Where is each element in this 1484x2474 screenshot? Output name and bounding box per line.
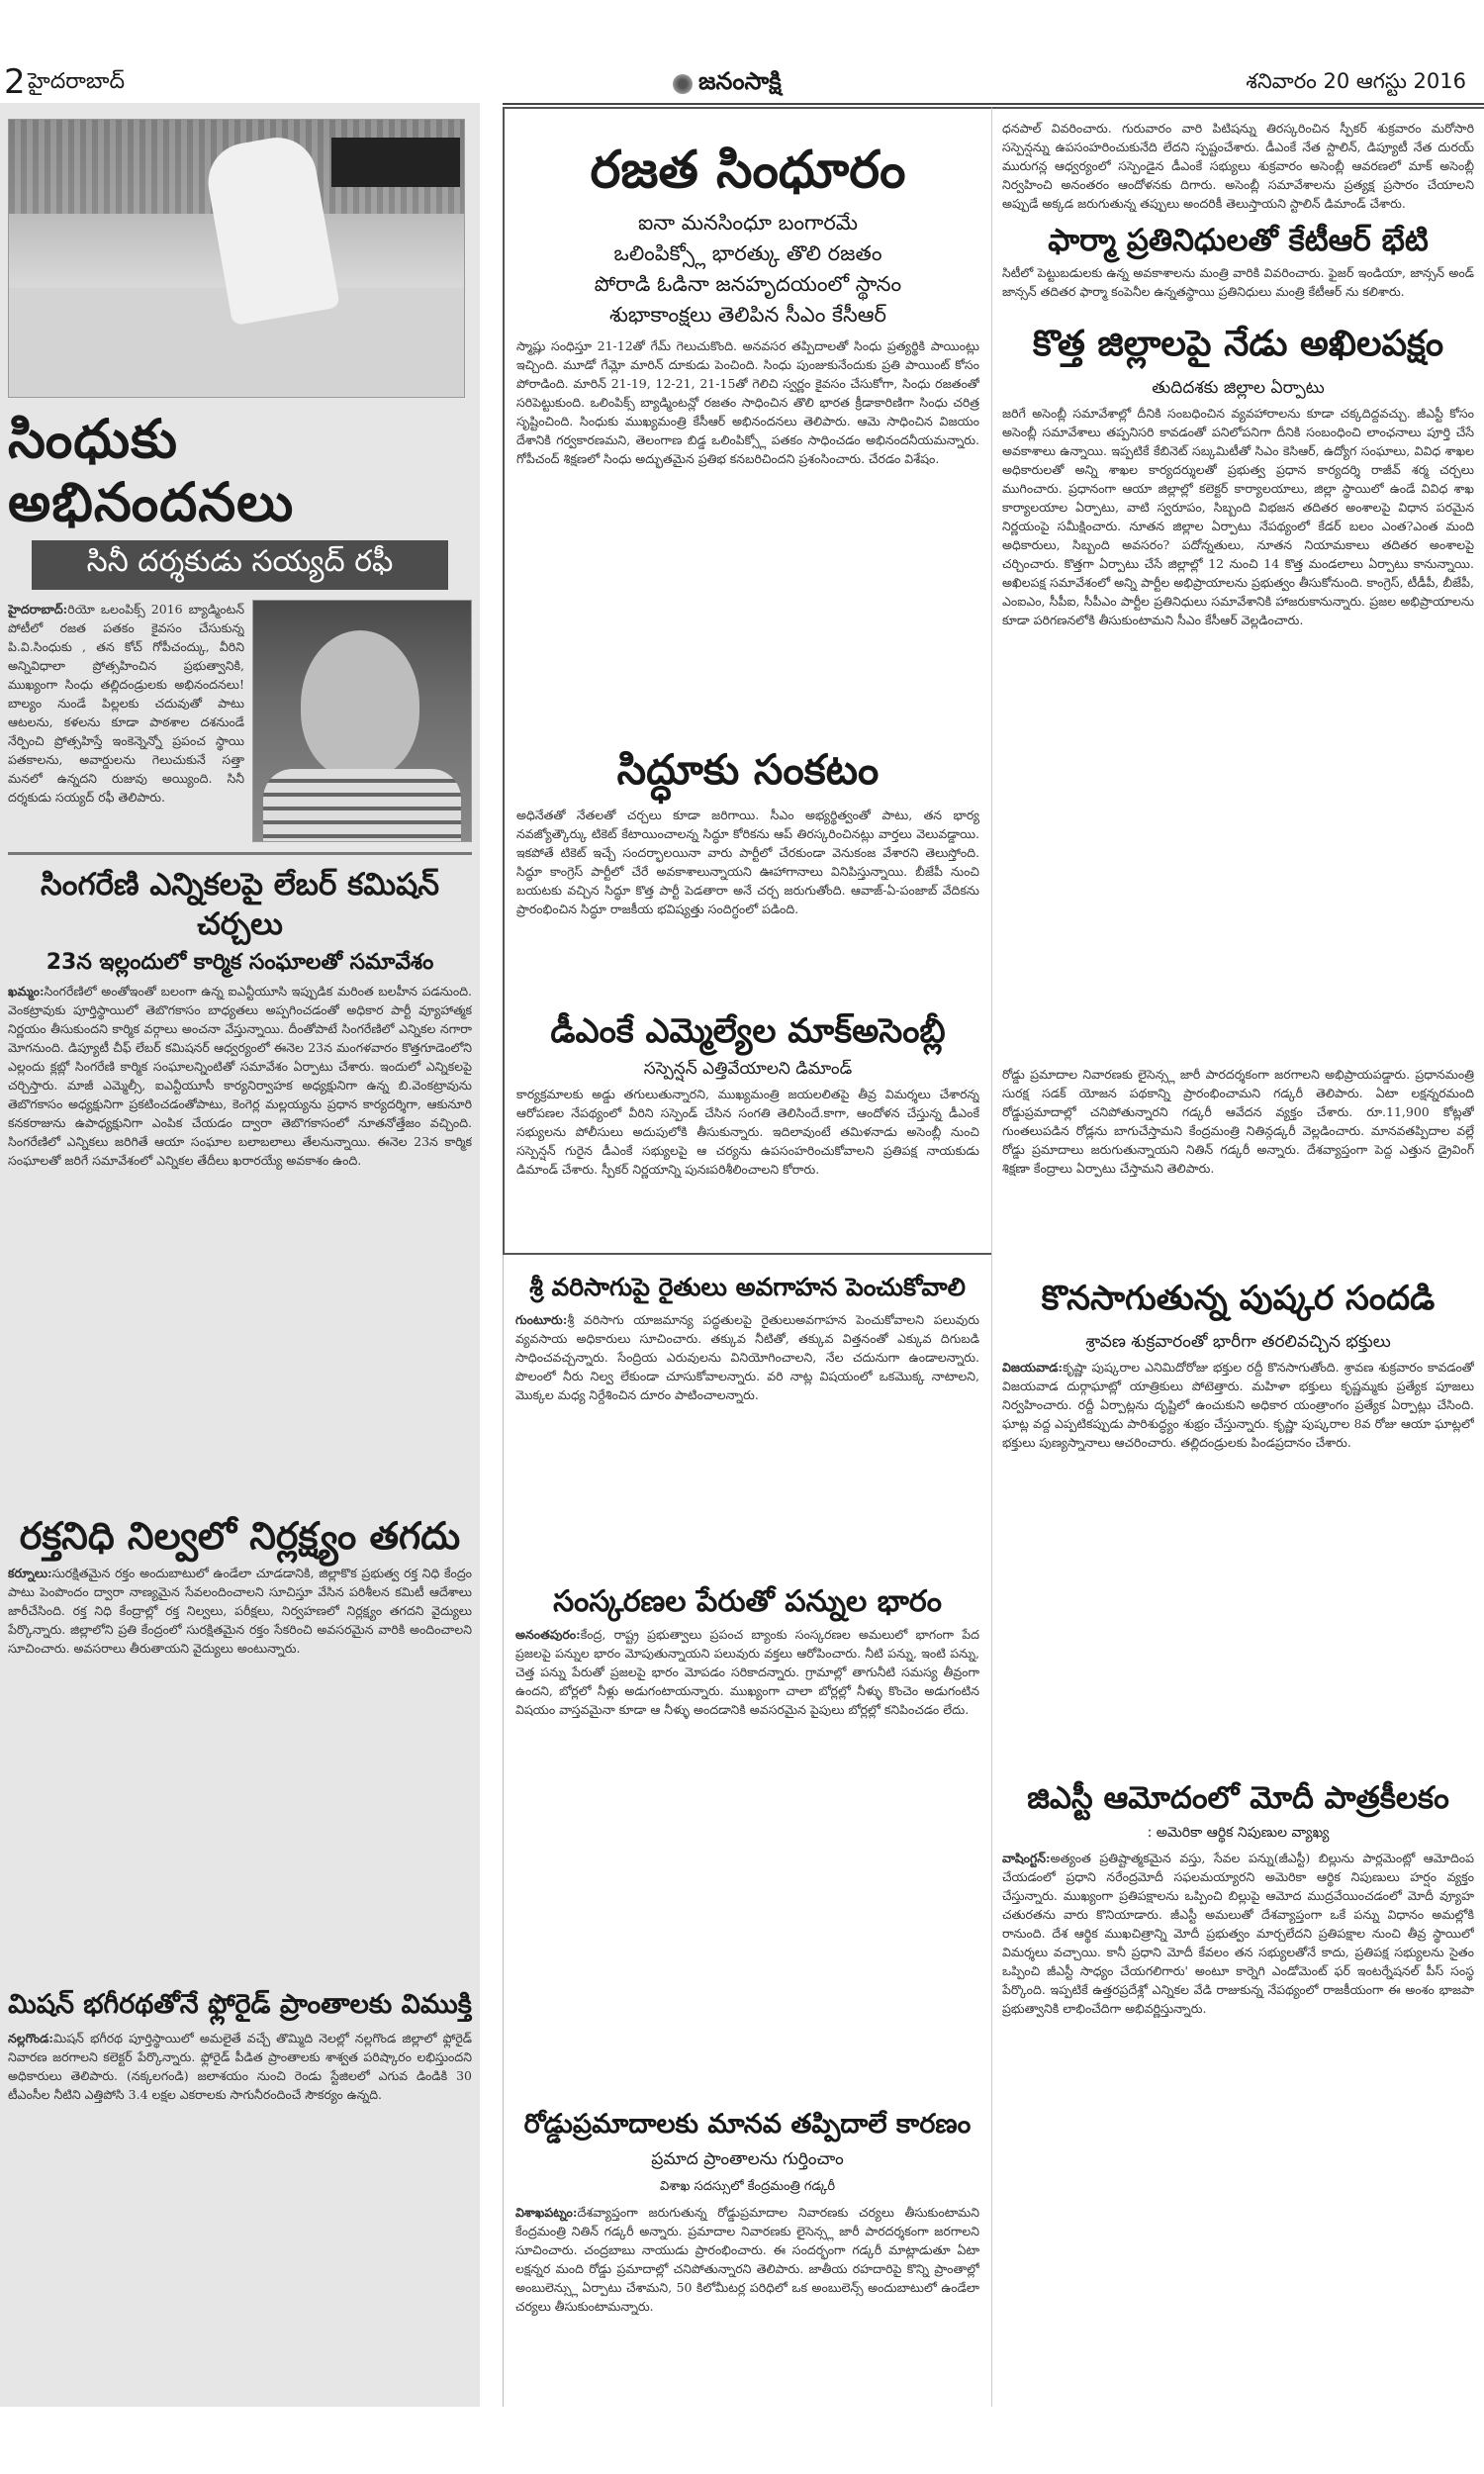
headline: సిద్ధూకు సంకటం — [516, 742, 979, 798]
article-new-districts: కొత్త జిల్లాలపై నేడు అఖిలపక్షం తుదిదశకు … — [1002, 319, 1474, 1263]
divider — [8, 852, 472, 855]
middle-column: శ్రీ వరిసాగుపై రైతులు అవగాహన పెంచుకోవాలి… — [503, 1255, 991, 2407]
logo-emblem-icon — [673, 74, 693, 94]
top-divider — [503, 103, 1484, 105]
article-body: సిటీలో పెట్టుబడులకు ఉన్న అవకాశాలను మంత్ర… — [1002, 263, 1474, 303]
subheadline: శ్రావణ శుక్రవారంతో భారీగా తరలివచ్చిన భక్… — [1002, 1330, 1474, 1354]
article-body: అధినేతతో నేతలతో చర్చలు కూడా జరిగాయి. సీఎ… — [516, 806, 979, 1003]
headline: రక్తనిధి నిల్వలో నిర్లక్ష్యం తగదు — [8, 1512, 472, 1560]
subheadline: : అమెరికా ఆర్థిక నిపుణుల వ్యాఖ్య — [1002, 1821, 1474, 1845]
subheadline: తుదిదశకు జిల్లాల ఏర్పాటు — [1002, 376, 1474, 400]
newspaper-logo: జనంసాక్షి — [673, 67, 782, 101]
issue-date: శనివారం 20 ఆగస్టు 2016 — [1246, 69, 1466, 99]
article-gst-modi: జిఎస్టీ ఆమోదంలో మోదీ పాత్రకీలకం : అమెరిక… — [1002, 1779, 1474, 2086]
article-tax-burden: సంస్కరణల పేరుతో పన్నుల భారం అనంతపురం:కేం… — [515, 1583, 979, 2100]
article-blood-bank: రక్తనిధి నిల్వలో నిర్లక్ష్యం తగదు కర్నూల… — [8, 1512, 472, 1979]
headline: సంస్కరణల పేరుతో పన్నుల భారం — [515, 1583, 979, 1621]
headline: మిషన్ భగీరథతోనే ఫ్లోరైడ్ ప్రాంతాలకు విము… — [8, 1985, 472, 2025]
article-road-accidents: రోడ్డుప్రమాదాలకు మానవ తప్పిదాలే కారణం ప్… — [515, 2106, 979, 2421]
article-body: జరిగే అసెంబ్లీ సమావేశాల్లో దీనికి సంబధిం… — [1002, 404, 1474, 1057]
article-dmk-mock-assembly: డీఎంకే ఎమ్మెల్యేల మాక్అసెంబ్లీ సస్పెన్షన… — [516, 1009, 979, 1253]
article-body: విజయవాడ:కృష్ణా పుష్కరాల ఎనిమిదోరోజు భక్త… — [1002, 1358, 1474, 1773]
article-rajata-sindhuram: రజత సింధూరం ఐనా మనసింధూ బంగారమే ఒలింపిక్… — [516, 139, 979, 732]
syed-rafi-photo — [252, 600, 472, 842]
sindhu-photo — [8, 119, 465, 398]
lead-subhead-3: పోరాడి ఓడినా జనహృదయంలో స్థానం — [516, 269, 979, 300]
article-body: అనంతపురం:కేంద్ర, రాష్ట్ర ప్రభుత్వాలు ప్ర… — [515, 1625, 979, 2100]
lead-subhead-4: శుభాకాంక్షలు తెలిపిన సీఎం కేసీఆర్ — [516, 300, 979, 331]
article-ktr-pharma: ఫార్మా ప్రతినిధులతో కేటీఆర్ భేటి సిటీలో … — [1002, 222, 1474, 303]
lead-story-box: రజత సింధూరం ఐనా మనసింధూ బంగారమే ఒలింపిక్… — [503, 107, 991, 1255]
article-body: కార్యక్రమాలకు అడ్డు తగులుతున్నారని, ముఖ్… — [516, 1085, 979, 1253]
article-body: గుంటూరు:శ్రీ వరిసాగు యాజమాన్య పద్ధతులపై … — [515, 1310, 979, 1577]
article-singareni: సింగరేణి ఎన్నికలపై లేబర్ కమిషన్ చర్చలు 2… — [8, 865, 472, 1506]
headline: జిఎస్టీ ఆమోదంలో మోదీ పాత్రకీలకం — [1002, 1779, 1474, 1817]
article-body-continued: రోడ్డు ప్రమాదాల నివారణకు లైసెన్స్ల జారీ … — [1002, 1065, 1474, 1263]
headline: శ్రీ వరిసాగుపై రైతులు అవగాహన పెంచుకోవాలి — [515, 1269, 979, 1306]
article-mission-bhagiratha: మిషన్ భగీరథతోనే ఫ్లోరైడ్ ప్రాంతాలకు విము… — [8, 1985, 472, 2425]
dateline: హైదరాబాద్: — [8, 602, 67, 617]
edition-name: హైదరాబాద్ — [28, 69, 125, 99]
article-sidhu: సిద్ధూకు సంకటం అధినేతతో నేతలతో చర్చలు కూ… — [516, 742, 979, 1003]
headline: సింగరేణి ఎన్నికలపై లేబర్ కమిషన్ చర్చలు — [8, 865, 472, 944]
article-sindhu-congrats: సింధుకు అభినందనలు సినీ దర్శకుడు సయ్యద్ ర… — [8, 408, 472, 842]
masthead: 2 హైదరాబాద్ జనంసాక్షి శనివారం 20 ఆగస్టు … — [0, 0, 1484, 104]
lead-headline: రజత సింధూరం — [516, 139, 979, 202]
kicker: విశాఖ సదస్సులో కేంద్రమంత్రి గడ్కరీ — [515, 2175, 979, 2199]
article-body: కర్నూలు:సురక్షితమైన రక్తం అందుబాటులో ఉండ… — [8, 1564, 472, 1979]
article-continuation: ధనపాల్ వివరించారు. గురువారం వారి పిటిషన్… — [1002, 119, 1474, 216]
lead-subhead-1: ఐనా మనసింధూ బంగారమే — [516, 208, 979, 238]
article-body: విశాఖపట్నం:దేశవ్యాప్తంగా జరుగుతున్న రోడ్… — [515, 2203, 979, 2421]
logo-text: జనంసాక్షి — [698, 67, 782, 101]
article-body: ఖమ్మం:సింగరేణిలో అంతోఇంతో బలంగా ఉన్న ఐఎన… — [8, 982, 472, 1506]
right-column: ధనపాల్ వివరించారు. గురువారం వారి పిటిషన్… — [991, 107, 1484, 2407]
page-number: 2 — [4, 65, 26, 99]
subheadline: 23న ఇల్లందులో కార్మిక సంఘాలతో సమావేశం — [8, 948, 472, 978]
article-body: హైదరాబాద్:రియో ఒలంపిక్స్ 2016 బ్యాడ్మింట… — [8, 600, 244, 842]
article-pushkaralu: కొనసాగుతున్న పుష్కర సందడి శ్రావణ శుక్రవా… — [1002, 1273, 1474, 1773]
headline: కొనసాగుతున్న పుష్కర సందడి — [1002, 1273, 1474, 1324]
subheadline: ప్రమాద ప్రాంతాలను గుర్తించాం — [515, 2147, 979, 2171]
headline: కొత్త జిల్లాలపై నేడు అఖిలపక్షం — [1002, 319, 1474, 370]
byline-banner: సినీ దర్శకుడు సయ్యద్ రఫీ — [32, 540, 448, 590]
lead-subhead-2: ఒలింపిక్స్లో భారత్కు తొలి రజతం — [516, 238, 979, 269]
article-body: నల్లగొండ:మిషన్ భగీరథ పూర్తిస్థాయిలో అమలై… — [8, 2029, 472, 2425]
headline: డీఎంకే ఎమ్మెల్యేల మాక్అసెంబ్లీ — [516, 1009, 979, 1053]
headline: రోడ్డుప్రమాదాలకు మానవ తప్పిదాలే కారణం — [515, 2106, 979, 2143]
headline: ఫార్మా ప్రతినిధులతో కేటీఆర్ భేటి — [1002, 222, 1474, 259]
subheadline: సస్పెన్షన్ ఎత్తివేయాలని డిమాండ్ — [516, 1057, 979, 1081]
article-sri-paddy: శ్రీ వరిసాగుపై రైతులు అవగాహన పెంచుకోవాలి… — [515, 1269, 979, 1577]
article-body: స్మాష్లు సంధిస్తూ 21-12తో గేమ్ గెలుచుకొం… — [516, 336, 979, 732]
headline: సింధుకు అభినందనలు — [8, 408, 472, 534]
article-body: వాషింగ్టన్:అత్యంత ప్రతిష్టాత్మకమైన వస్తు… — [1002, 1849, 1474, 2086]
left-column: సింధుకు అభినందనలు సినీ దర్శకుడు సయ్యద్ ర… — [0, 103, 480, 2407]
